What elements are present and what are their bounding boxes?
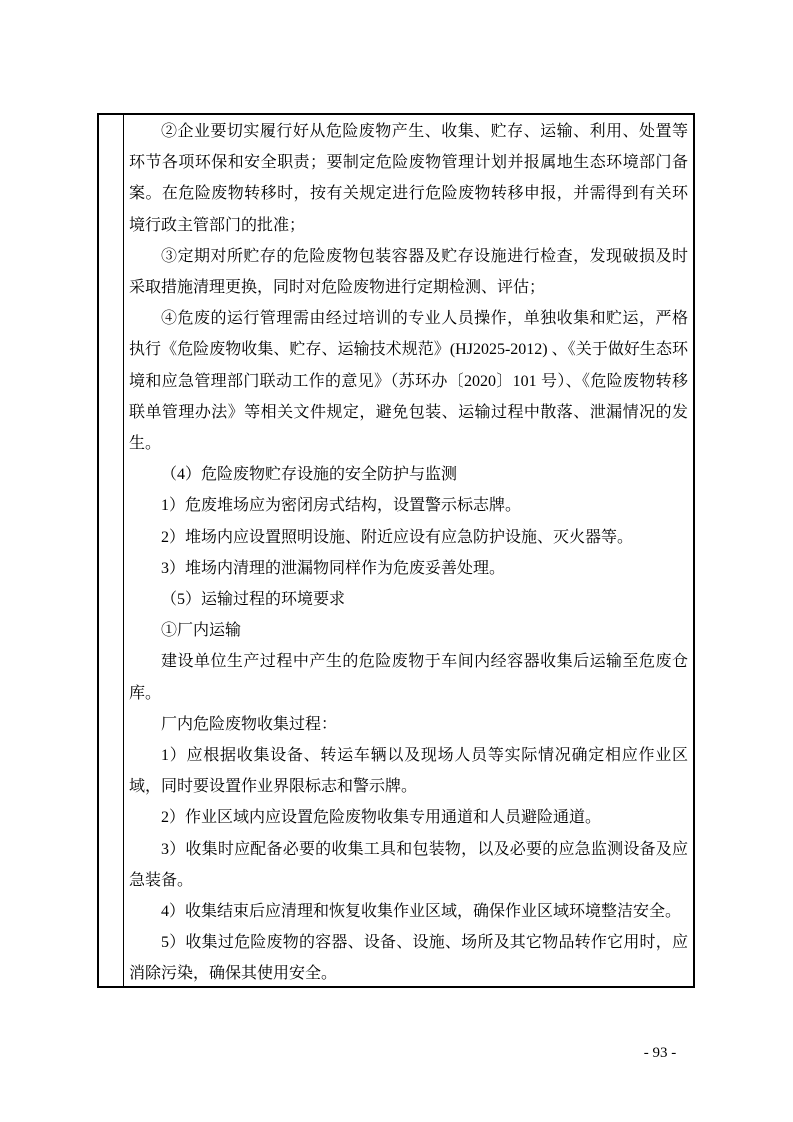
- body-paragraph: ②企业要切实履行好从危险废物产生、收集、贮存、运输、利用、处置等环节各项环保和安…: [129, 116, 688, 241]
- page-number: - 93 -: [615, 1043, 705, 1063]
- body-paragraph: 2）堆场内应设置照明设施、附近应设有应急防护设施、灭火器等。: [129, 522, 688, 553]
- body-paragraph: ③定期对所贮存的危险废物包装容器及贮存设施进行检查，发现破损及时采取措施清理更换…: [129, 241, 688, 303]
- content-table: ②企业要切实履行好从危险废物产生、收集、贮存、运输、利用、处置等环节各项环保和安…: [97, 113, 695, 988]
- body-paragraph: 厂内危险废物收集过程：: [129, 709, 688, 740]
- body-paragraph: 1）危废堆场应为密闭房式结构，设置警示标志牌。: [129, 490, 688, 521]
- body-paragraph: ④危废的运行管理需由经过培训的专业人员操作，单独收集和贮运，严格执行《危险废物收…: [129, 303, 688, 459]
- body-paragraph: 3）堆场内清理的泄漏物同样作为危废妥善处理。: [129, 553, 688, 584]
- body-paragraph: 2）作业区域内应设置危险废物收集专用通道和人员避险通道。: [129, 802, 688, 833]
- body-paragraph: 建设单位生产过程中产生的危险废物于车间内经容器收集后运输至危废仓库。: [129, 646, 688, 708]
- body-paragraph: 3）收集时应配备必要的收集工具和包装物，以及必要的应急监测设备及应急装备。: [129, 834, 688, 896]
- body-paragraph: ①厂内运输: [129, 615, 688, 646]
- body-paragraph: 4）收集结束后应清理和恢复收集作业区域，确保作业区域环境整洁安全。: [129, 896, 688, 927]
- body-paragraph: （5）运输过程的环境要求: [129, 584, 688, 615]
- table-content: ②企业要切实履行好从危险废物产生、收集、贮存、运输、利用、处置等环节各项环保和安…: [124, 115, 693, 986]
- table-left-column: [99, 115, 124, 986]
- body-paragraph: 5）收集过危险废物的容器、设备、设施、场所及其它物品转作它用时，应消除污染，确保…: [129, 927, 688, 986]
- body-paragraph: 1）应根据收集设备、转运车辆以及现场人员等实际情况确定相应作业区域，同时要设置作…: [129, 740, 688, 802]
- body-paragraph: （4）危险废物贮存设施的安全防护与监测: [129, 459, 688, 490]
